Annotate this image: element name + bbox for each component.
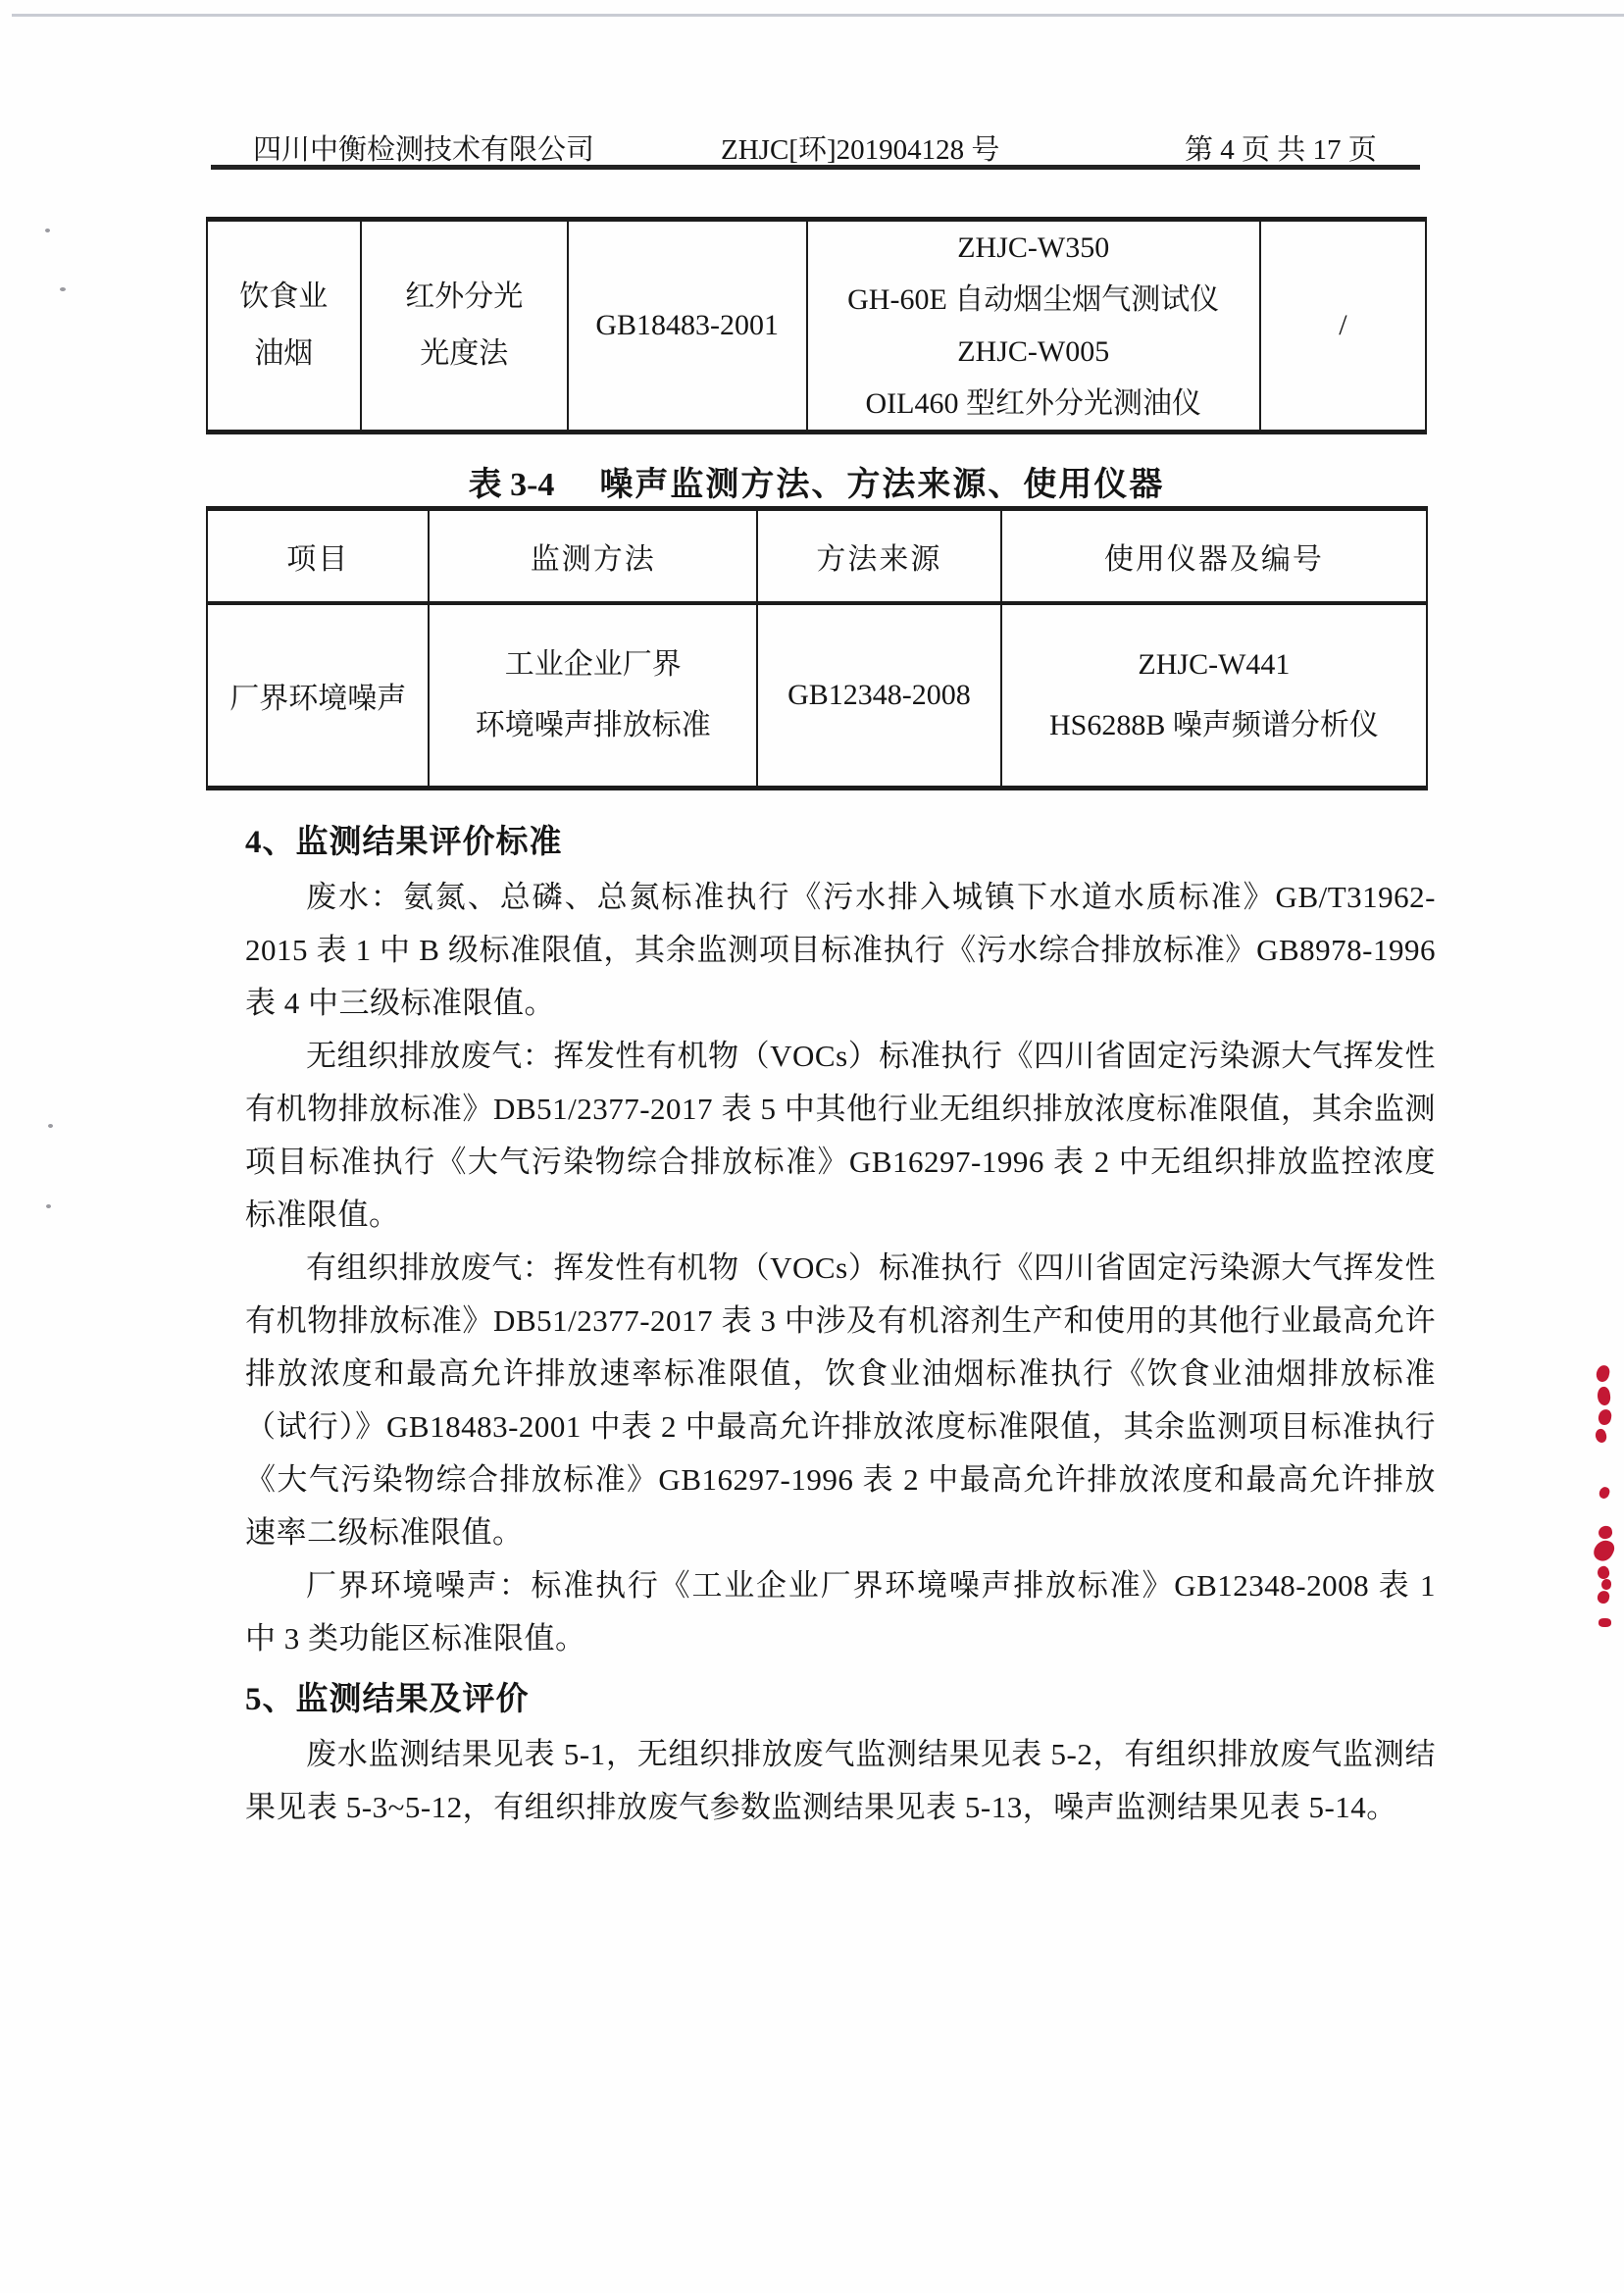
column-header-method: 监测方法 <box>429 509 757 604</box>
header-rule <box>211 165 1420 170</box>
table-caption-label: 表 3-4 <box>469 467 555 503</box>
column-header-instrument: 使用仪器及编号 <box>1001 509 1427 604</box>
cell-line: GH-60E 自动烟尘烟气测试仪 <box>814 274 1253 326</box>
cell-line: ZHJC-W441 <box>1008 635 1420 695</box>
body-text-block: 4、监测结果评价标准 废水：氨氮、总磷、总氮标准执行《污水排入城镇下水道水质标准… <box>245 814 1436 1834</box>
section-4-heading: 4、监测结果评价标准 <box>245 814 1436 871</box>
cell-remark: / <box>1260 220 1426 433</box>
header-company-name: 四川中衡检测技术有限公司 <box>253 127 594 168</box>
scan-speck <box>45 229 50 232</box>
column-header-source: 方法来源 <box>757 509 1001 604</box>
cell-line: 工业企业厂界 <box>435 635 750 695</box>
table-caption-title: 噪声监测方法、方法来源、使用仪器 <box>599 467 1164 503</box>
red-seal-fragment <box>1598 1525 1613 1540</box>
section-4-paragraph: 废水：氨氮、总磷、总氮标准执行《污水排入城镇下水道水质标准》GB/T31962-… <box>245 871 1436 1030</box>
header-document-number: ZHJC[环]201904128 号 <box>721 127 999 168</box>
cell-line: ZHJC-W005 <box>814 326 1253 378</box>
cell-method-source: GB18483-2001 <box>568 220 807 433</box>
section-4-paragraph: 有组织排放废气：挥发性有机物（VOCs）标准执行《四川省固定污染源大气挥发性有机… <box>245 1242 1436 1559</box>
cell-line: 红外分光 <box>368 269 561 326</box>
cell-line: 光度法 <box>368 326 561 382</box>
section-5-paragraph: 废水监测结果见表 5-1，无组织排放废气监测结果见表 5-2，有组织排放废气监测… <box>245 1728 1436 1834</box>
section-4-paragraph: 无组织排放废气：挥发性有机物（VOCs）标准执行《四川省固定污染源大气挥发性有机… <box>245 1030 1436 1242</box>
red-seal-fragment <box>1591 1537 1617 1564</box>
cell-line: 环境噪声排放标准 <box>435 695 750 756</box>
cell-method: 工业企业厂界 环境噪声排放标准 <box>429 603 757 789</box>
cell-instruments: ZHJC-W441 HS6288B 噪声频谱分析仪 <box>1001 603 1427 789</box>
red-seal-fragment <box>1596 1564 1610 1580</box>
cell-method: 红外分光 光度法 <box>361 220 568 433</box>
table-3-4-caption: 表 3-4噪声监测方法、方法来源、使用仪器 <box>206 457 1427 505</box>
scan-speck <box>48 1124 53 1128</box>
table-3-4-noise-monitoring: 项目 监测方法 方法来源 使用仪器及编号 厂界环境噪声 工业企业厂界 环境噪声排… <box>206 506 1428 790</box>
red-seal-fragment <box>1598 1486 1611 1501</box>
red-seal-fragment <box>1597 1386 1612 1406</box>
header-page-indicator: 第 4 页 共 17 页 <box>1185 127 1377 168</box>
cell-line: OIL460 型红外分光测油仪 <box>814 378 1253 430</box>
red-seal-fragment <box>1595 1364 1610 1383</box>
cell-item: 厂界环境噪声 <box>207 603 429 789</box>
red-seal-fragment <box>1601 1579 1611 1590</box>
scan-speck <box>46 1204 51 1208</box>
table-monitoring-methods-continuation: 饮食业 油烟 红外分光 光度法 GB18483-2001 ZHJC-W350 G… <box>206 217 1427 434</box>
section-4-paragraph: 厂界环境噪声：标准执行《工业企业厂界环境噪声排放标准》GB12348-2008 … <box>245 1559 1436 1665</box>
red-seal-fragment <box>1599 1618 1611 1627</box>
document-page: 四川中衡检测技术有限公司 ZHJC[环]201904128 号 第 4 页 共 … <box>0 0 1624 2293</box>
red-seal-fragment <box>1598 1408 1613 1426</box>
scan-edge-line <box>12 14 1624 17</box>
cell-line: 饮食业 <box>214 269 354 326</box>
red-seal-fragment <box>1594 1428 1607 1444</box>
cell-line: HS6288B 噪声频谱分析仪 <box>1008 695 1420 756</box>
red-seal-fragment <box>1597 1590 1611 1605</box>
column-header-item: 项目 <box>207 509 429 604</box>
section-5-heading: 5、监测结果及评价 <box>245 1671 1436 1728</box>
cell-method-source: GB12348-2008 <box>757 603 1001 789</box>
cell-instruments: ZHJC-W350 GH-60E 自动烟尘烟气测试仪 ZHJC-W005 OIL… <box>807 220 1260 433</box>
cell-line: ZHJC-W350 <box>814 222 1253 274</box>
cell-item: 饮食业 油烟 <box>207 220 361 433</box>
table-row: 饮食业 油烟 红外分光 光度法 GB18483-2001 ZHJC-W350 G… <box>207 220 1426 433</box>
table-row: 厂界环境噪声 工业企业厂界 环境噪声排放标准 GB12348-2008 ZHJC… <box>207 603 1427 789</box>
table-header-row: 项目 监测方法 方法来源 使用仪器及编号 <box>207 509 1427 604</box>
cell-line: 油烟 <box>214 326 354 382</box>
scan-speck <box>60 287 66 291</box>
